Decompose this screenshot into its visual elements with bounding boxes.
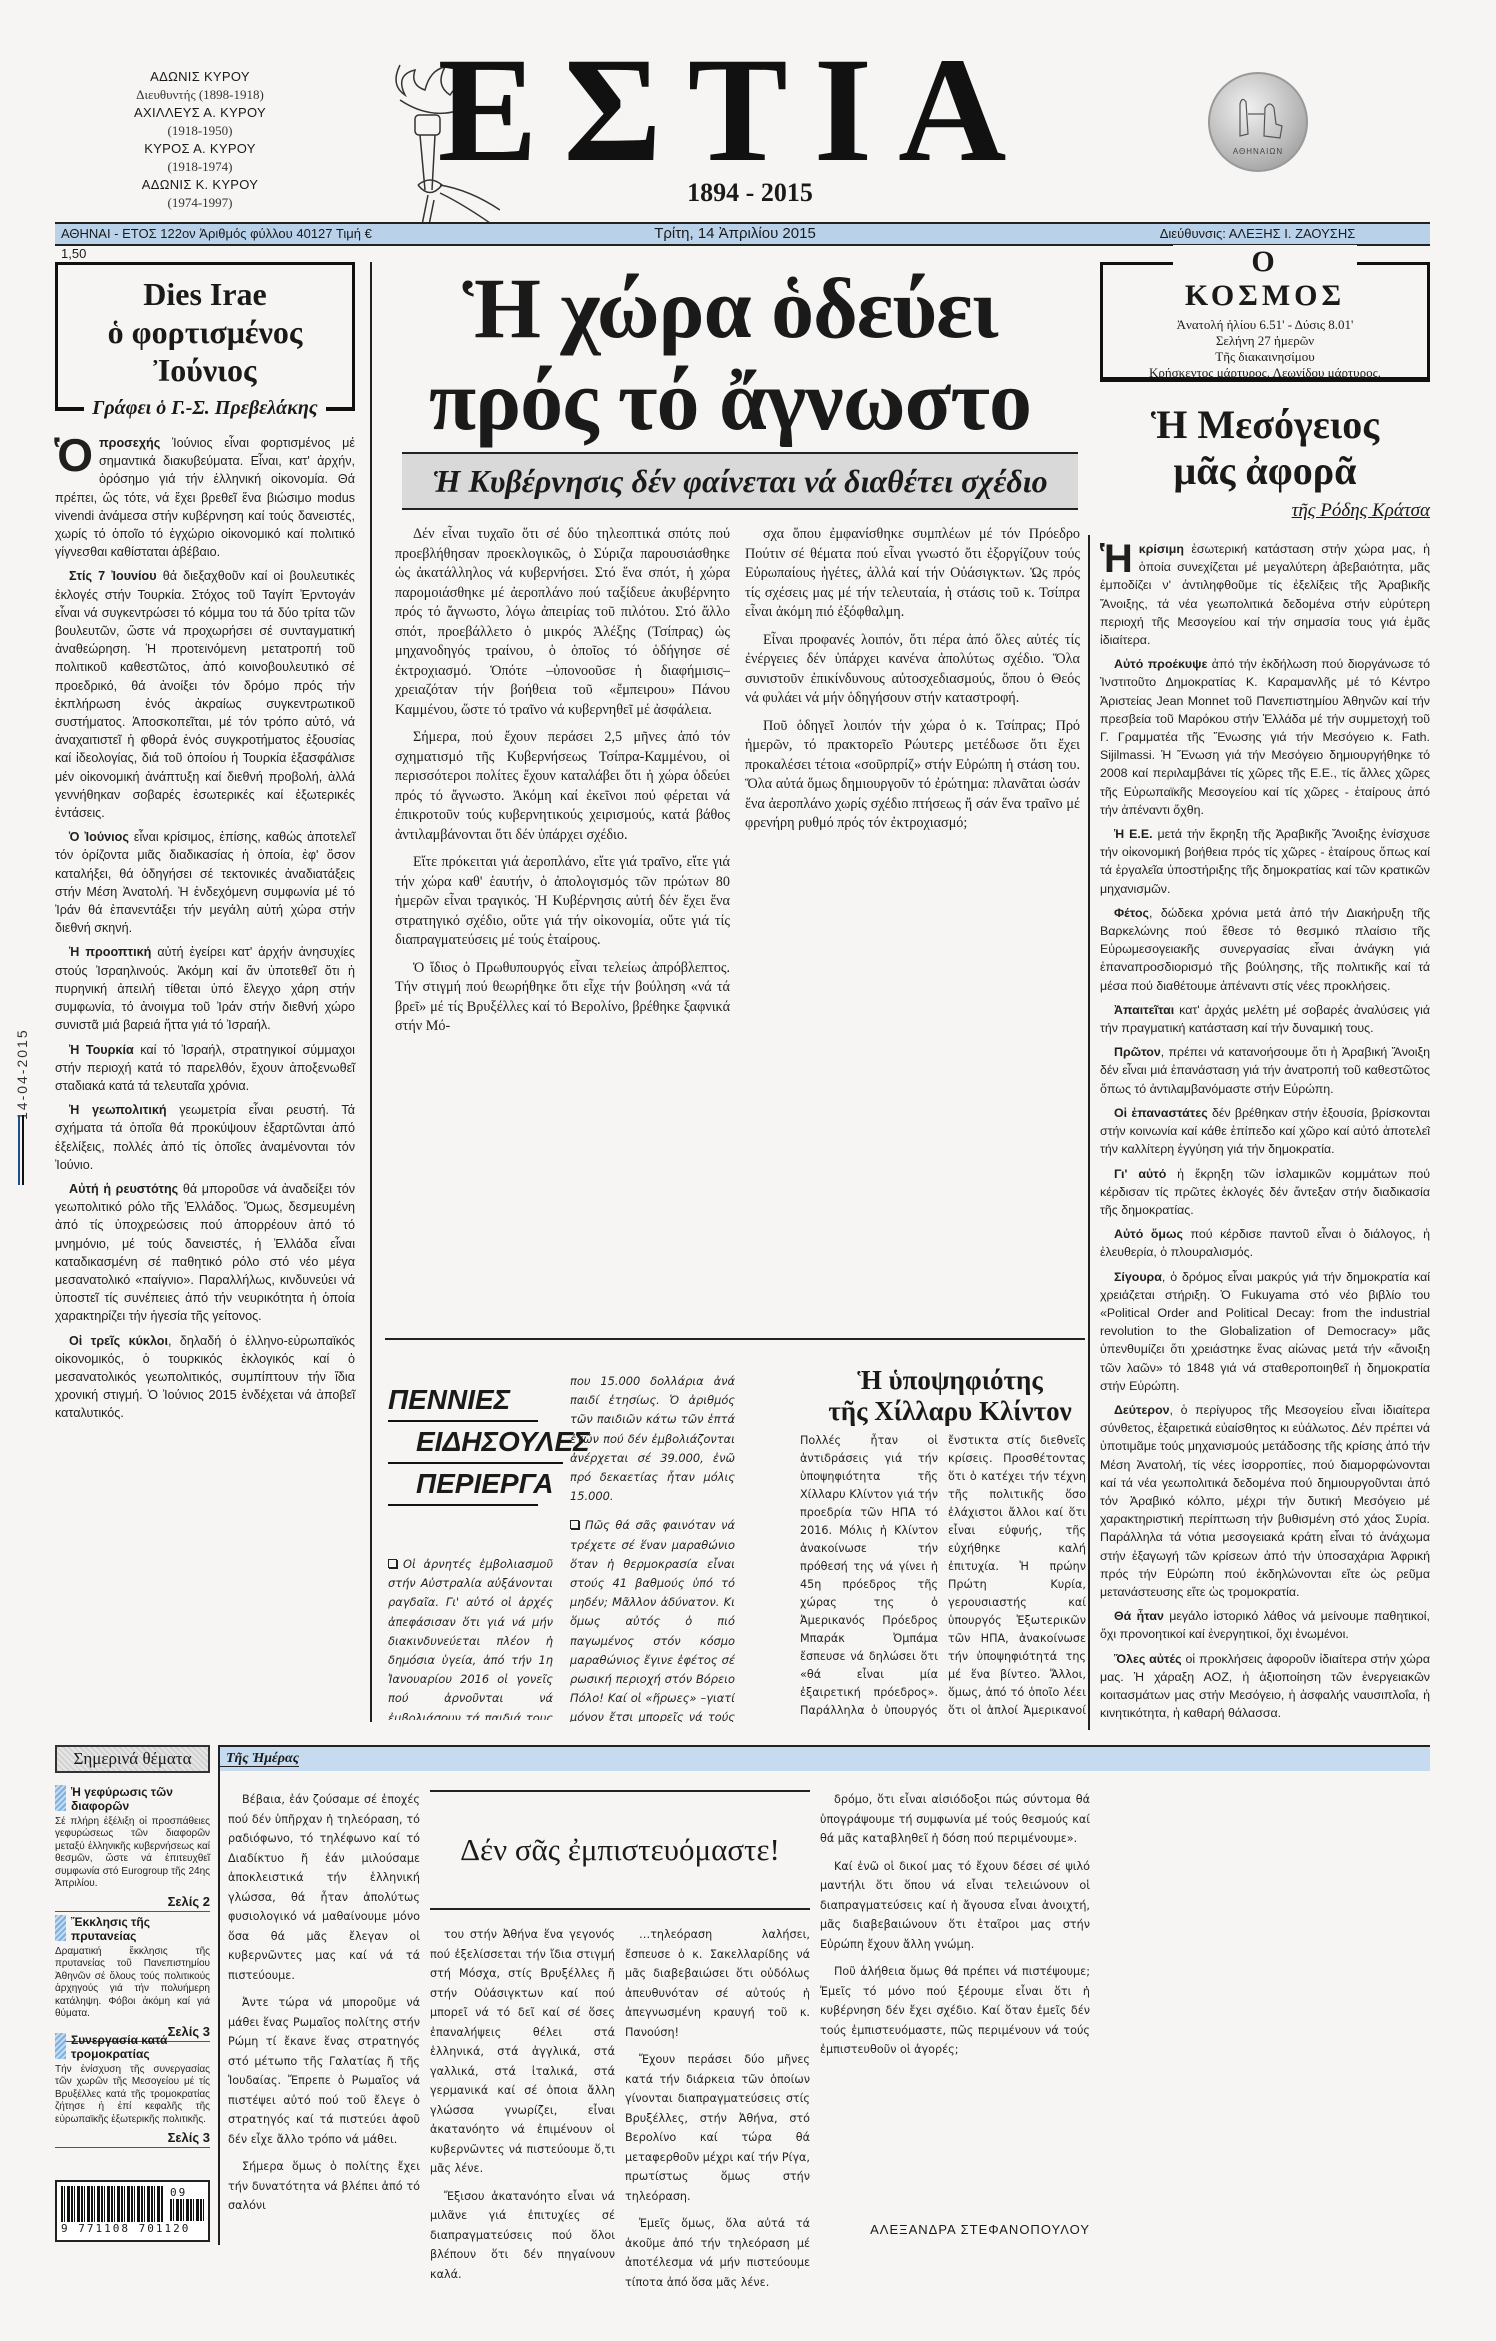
paragraph: Σήμερα, πού ἔχουν περάσει 2,5 μῆνες ἀπό … <box>395 728 730 845</box>
headline-line: Ἡ χώρα ὁδεύει <box>380 262 1080 354</box>
paragraph: Ὅλες αὐτές οἱ προκλήσεις ἀφοροῦν ἰδιαίτε… <box>1100 1650 1430 1723</box>
topic-title: Ἔκκλησις τῆς πρυτανείας <box>55 1915 210 1943</box>
topic-summary: Τήν ἐνίσχυση τῆς συνεργασίας τῶν χωρῶν τ… <box>55 2064 210 2126</box>
headline-line: τῆς Χίλλαρυ Κλίντον <box>800 1396 1100 1427</box>
article-title: ὁ φορτισμένος Ἰούνιος <box>58 313 352 389</box>
edge-marker <box>18 1115 24 1185</box>
editorial-signature: ΑΛΕΞΑΝΔΡΑ ΣΤΕΦΑΝΟΠΟΥΛΟΥ <box>820 2222 1090 2237</box>
barcode-bars-icon <box>61 2186 164 2222</box>
paragraph: Ὁ ἴδιος ὁ Πρωθυπουργός εἶναι τελείως ἀπρ… <box>395 959 730 1037</box>
founders-list: ΑΔΩΝΙΣ ΚΥΡΟΥ Διευθυντής (1898-1918) ΑΧΙΛ… <box>100 68 300 212</box>
paragraph: Αὐτή ἡ ρευστότης θά μποροῦσε νά ἀναδείξε… <box>55 1180 355 1326</box>
kosmos-feast: Τῆς διακαινησίμου <box>1103 349 1427 365</box>
paragraph: Ποῦ ἀλήθεια ὅμως θά πρέπει νά πιστέψουμε… <box>820 1962 1090 2060</box>
article-body: Ὁπροσεχής Ἰούνιος εἶναι φορτισμένος μέ σ… <box>55 434 355 1423</box>
paragraph: Θά ἦταν μεγάλο ἱστορικό λάθος νά μείνουμ… <box>1100 1607 1430 1643</box>
barcode-addon-icon <box>170 2199 204 2221</box>
founder-name: ΑΔΩΝΙΣ Κ. ΚΥΡΟΥ <box>100 176 300 194</box>
topic-item[interactable]: Συνεργασία κατά τρομοκρατίας Τήν ἐνίσχυσ… <box>55 2033 210 2148</box>
founder-name: ΑΧΙΛΛΕΥΣ Α. ΚΥΡΟΥ <box>100 104 300 122</box>
paragraph: Αὐτό προέκυψε ἀπό τήν ἐκδήλωση πού διοργ… <box>1100 655 1430 819</box>
clinton-col2: ἔνστικτα στίς διεθνεῖς κρίσεις. Προσθέτο… <box>948 1432 1086 1722</box>
article-title: Dies Irae <box>58 275 352 313</box>
topic-item[interactable]: Ἔκκλησις τῆς πρυτανείας Δραματική ἔκκλησ… <box>55 1915 210 2042</box>
founder-years: (1974-1997) <box>100 194 300 212</box>
logo-years: 1894 - 2015 <box>600 178 900 208</box>
byline-text: Γράφει ὁ Γ.-Σ. Πρεβελάκης <box>92 397 317 420</box>
pennies-section-logo: ΠΕΝΝΙΕΣ ΕΙΔΗΣΟΥΛΕΣ ΠΕΡΙΕΡΓΑ <box>388 1380 568 1506</box>
edition-info: ΑΘΗΝΑΙ - ΕΤΟΣ 122ον Ἀριθμός φύλλου 40127… <box>55 222 385 246</box>
paragraph: Καί ἐνῶ οἱ δικοί μας τό ἔχουν δέσει σέ ψ… <box>820 1857 1090 1955</box>
paragraph: Σίγουρα, ὁ δρόμος εἶναι μακρύς γιά τήν δ… <box>1100 1268 1430 1395</box>
paragraph: Ἡ γεωπολιτική γεωμετρία εἶναι ρευστή. Τά… <box>55 1101 355 1174</box>
paragraph: Δεύτερον, ὁ περίγυρος τῆς Μεσογείου εἶνα… <box>1100 1401 1430 1601</box>
paragraph: Σήμερα ὅμως ὁ πολίτης ἔχει τήν δυνατότητ… <box>228 2157 420 2216</box>
topic-item[interactable]: Ἡ γεφύρωσις τῶν διαφορῶν Σέ πλήρη ἐξέλιξ… <box>55 1785 210 1912</box>
paragraph: Ἡκρίσιμη ἐσωτερική κατάσταση στήν χώρα μ… <box>1100 540 1430 649</box>
founder-years: (1918-1950) <box>100 122 300 140</box>
paragraph: Εἶναι προφανές λοιπόν, ὅτι πέρα ἀπό ὅλες… <box>745 631 1080 709</box>
editorial-headline: Δέν σᾶς ἐμπιστευόμαστε! <box>430 1790 810 1910</box>
pennies-item: που 15.000 δολλάρια ἀνά παιδί ἐτησίως. Ὁ… <box>570 1372 735 1722</box>
paragraph: Εἴτε πρόκειται γιά ἀεροπλάνο, εἴτε γιά τ… <box>395 853 730 951</box>
paragraph: Πρῶτον, πρέπει νά κατανοήσουμε ὅτι ἡ Ἀρα… <box>1100 1043 1430 1098</box>
kosmos-saints: Κρήσκεντος μάρτυρος. Λεωνίδου μάρτυρος. <box>1103 365 1427 381</box>
paragraph: Ἔξισου ἀκατανόητο εἶναι νά μιλᾶνε γιά ἐπ… <box>430 2187 615 2285</box>
editorial-section-bar: Τῆς Ἡμέρας <box>220 1745 1430 1771</box>
paragraph: Αὐτό ὅμως πού κέρδισε παντοῦ εἶναι ὁ διά… <box>1100 1225 1430 1261</box>
section-label: Τῆς Ἡμέρας <box>220 1751 299 1767</box>
founder-years: (1918-1974) <box>100 158 300 176</box>
clinton-headline: Ἡ ὑποψηφιότης τῆς Χίλλαρυ Κλίντον <box>800 1365 1100 1427</box>
topic-marker-icon <box>55 2033 66 2059</box>
founder-years: Διευθυντής (1898-1918) <box>100 86 300 104</box>
checkbox-bullet-icon <box>570 1520 579 1529</box>
kosmos-sun: Ἀνατολή ἡλίου 6.51' - Δύσις 8.01' <box>1103 317 1427 333</box>
paragraph: Οἱ ἐπαναστάτες δέν βρέθηκαν στήν ἐξουσία… <box>1100 1104 1430 1159</box>
paragraph: Ἡ προοπτική αὐτή ἐγείρει κατ' ἀρχήν ἀνησ… <box>55 943 355 1034</box>
right-article-body: Ἡκρίσιμη ἐσωτερική κατάσταση στήν χώρα μ… <box>1100 540 1430 2340</box>
article-byline: Γράφει ὁ Γ.-Σ. Πρεβελάκης <box>55 397 355 420</box>
paragraph: …τηλεόραση λαλήσει, ἔσπευσε ὁ κ. Σακελλα… <box>625 1925 810 2042</box>
section-divider <box>385 1338 1085 1340</box>
paragraph: Οἱ τρεῖς κύκλοι, δηλαδή ὁ ἑλληνο-εὐρωπαϊ… <box>55 1332 355 1423</box>
coin-legend: ΑΘΗΝΑΙΩΝ <box>1210 147 1306 156</box>
paragraph: Στίς 7 Ἰουνίου θά διεξαχθοῦν καί οἱ βουλ… <box>55 567 355 822</box>
paragraph: Βέβαια, ἐάν ζούσαμε σέ ἐποχές πού δέν ὑπ… <box>228 1790 420 1985</box>
paragraph: Ὁπροσεχής Ἰούνιος εἶναι φορτισμένος μέ σ… <box>55 434 355 561</box>
left-article: Dies Irae ὁ φορτισμένος Ἰούνιος Γράφει ὁ… <box>55 262 355 1429</box>
column-divider <box>370 262 372 1722</box>
logo-line: ΕΙΔΗΣΟΥΛΕΣ <box>388 1422 563 1464</box>
topic-title: Συνεργασία κατά τρομοκρατίας <box>55 2033 210 2061</box>
right-article-byline: τῆς Ρόδης Κράτσα <box>1100 500 1430 522</box>
divider <box>55 407 84 411</box>
paragraph: Ἡ Ε.Ε. μετά τήν ἔκρηξη τῆς Ἀραβικῆς Ἄνοι… <box>1100 825 1430 898</box>
clinton-col1: Πολλές ἦταν οἱ ἀντιδράσεις γιά τήν ὑποψη… <box>800 1432 938 1722</box>
paragraph: Δέν εἶναι τυχαῖο ὅτι σέ δύο τηλεοπτικά σ… <box>395 525 730 720</box>
main-article-col2: σχα ὅπου ἐμφανίσθηκε συμπλέων μέ τόν Πρό… <box>745 525 1080 1315</box>
paragraph: Ἀντε τώρα νά μποροῦμε νά μάθει ἕνας Ρωμα… <box>228 1993 420 2149</box>
newspaper-logo: ΕΣΤΙΑ <box>390 40 1080 185</box>
article-title-box: Dies Irae ὁ φορτισμένος Ἰούνιος <box>55 262 355 407</box>
logo-line: ΠΕΡΙΕΡΓΑ <box>388 1464 538 1506</box>
edge-date: 14-04-2015 <box>14 1000 34 1120</box>
column-divider <box>1088 535 1090 1730</box>
right-article-title: Ἡ Μεσόγειος μᾶς ἀφορᾶ <box>1100 402 1430 494</box>
paragraph: του στήν Ἀθήνα ἕνα γεγονός πού ἐξελίσσετ… <box>430 1925 615 2179</box>
paragraph: Ἔχουν περάσει δύο μῆνες κατά τήν διάρκει… <box>625 2050 810 2206</box>
topic-page-link[interactable]: Σελίς 3 <box>55 2130 210 2148</box>
athena-coin-icon: ΑΘΗΝΑΙΩΝ <box>1208 72 1308 172</box>
paragraph: Γι' αὐτό ἡ ἔκρηξη τῶν ἰσλαμικῶν κομμάτων… <box>1100 1165 1430 1220</box>
founder-name: ΚΥΡΟΣ Α. ΚΥΡΟΥ <box>100 140 300 158</box>
paragraph: Ποῦ ὁδηγεῖ λοιπόν τήν χώρα ὁ κ. Τσίπρας;… <box>745 717 1080 834</box>
paragraph: Ὁ Ἰούνιος εἶναι κρίσιμος, ἐπίσης, καθώς … <box>55 828 355 937</box>
dropcap: Ἡ <box>1100 542 1133 576</box>
topic-marker-icon <box>55 1785 66 1811</box>
editorial-col4: δρόμο, ὅτι εἶναι αἰσιόδοξοι πώς σύντομα … <box>820 1790 1090 2210</box>
main-subheadline: Ἡ Κυβέρνησις δέν φαίνεται νά διαθέτει σχ… <box>402 452 1078 510</box>
logo-line: ΠΕΝΝΙΕΣ <box>388 1380 538 1422</box>
topic-marker-icon <box>55 1915 66 1941</box>
divider <box>326 407 355 411</box>
topic-title: Ἡ γεφύρωσις τῶν διαφορῶν <box>55 1785 210 1813</box>
kosmos-moon: Σελήνη 27 ἡμερῶν <box>1103 333 1427 349</box>
kosmos-title: Ο ΚΟΣΜΟΣ <box>1173 245 1357 313</box>
paragraph: σχα ὅπου ἐμφανίσθηκε συμπλέων μέ τόν Πρό… <box>745 525 1080 623</box>
barcode-issue: 09 <box>170 2186 204 2199</box>
checkbox-bullet-icon <box>388 1559 397 1568</box>
column-divider <box>218 1745 220 2245</box>
editor-info: Διεύθυνσις: ΑΛΕΞΗΣ Ι. ΖΑΟΥΣΗΣ <box>1085 222 1430 246</box>
headline-line: πρός τό ἄγνωστο <box>380 354 1080 446</box>
topic-page-link[interactable]: Σελίς 2 <box>55 1894 210 1912</box>
issue-date: Τρίτη, 14 Ἀπριλίου 2015 <box>385 222 1085 246</box>
barcode: 09 9 771108 701120 <box>55 2180 210 2242</box>
pennies-item: Οἱ ἀρνητές ἐμβολιασμοῦ στήν Αὐστραλία αὐ… <box>388 1555 553 1720</box>
paragraph: Ἀπαιτεῖται κατ' ἀρχάς μελέτη μέ σοβαρές … <box>1100 1001 1430 1037</box>
paragraph: δρόμο, ὅτι εἶναι αἰσιόδοξοι πώς σύντομα … <box>820 1790 1090 1849</box>
headline-line: μᾶς ἀφορᾶ <box>1100 448 1430 494</box>
paragraph: Ἡ Τουρκία καί τό Ἰσραήλ, στρατηγικοί σύμ… <box>55 1041 355 1096</box>
kosmos-box: Ο ΚΟΣΜΟΣ Αὔριο ΤΕΤΑΡΤΗ 15 ΑΠΡΙΛΙΟΥ Ἀνατο… <box>1100 262 1430 382</box>
editorial-col1: Βέβαια, ἐάν ζούσαμε σέ ἐποχές πού δέν ὑπ… <box>228 1790 420 2330</box>
founder-name: ΑΔΩΝΙΣ ΚΥΡΟΥ <box>100 68 300 86</box>
editorial-col3: …τηλεόραση λαλήσει, ἔσπευσε ὁ κ. Σακελλα… <box>625 1925 810 2335</box>
todays-topics-header: Σημερινά θέματα <box>55 1745 210 1773</box>
main-headline: Ἡ χώρα ὁδεύει πρός τό ἄγνωστο <box>380 262 1080 446</box>
dropcap: Ὁ <box>55 436 93 474</box>
topic-summary: Σέ πλήρη ἐξέλιξη οἱ προσπάθειες γεφυρώσε… <box>55 1816 210 1890</box>
paragraph: Φέτος, δώδεκα χρόνια μετά ἀπό τήν Διακήρ… <box>1100 904 1430 995</box>
topic-summary: Δραματική ἔκκλησις τῆς πρυτανείας τοῦ Πα… <box>55 1946 210 2020</box>
barcode-number: 9 771108 701120 <box>61 2222 204 2235</box>
editorial-col2: του στήν Ἀθήνα ἕνα γεγονός πού ἐξελίσσετ… <box>430 1925 615 2335</box>
paragraph: Ἐμεῖς ὅμως, ὅλα αὐτά τά ἀκοῦμε ἀπό τήν τ… <box>625 2214 810 2292</box>
headline-line: Ἡ Μεσόγειος <box>1100 402 1430 448</box>
headline-line: Ἡ ὑποψηφιότης <box>800 1365 1100 1396</box>
main-article-col1: Δέν εἶναι τυχαῖο ὅτι σέ δύο τηλεοπτικά σ… <box>395 525 730 1315</box>
